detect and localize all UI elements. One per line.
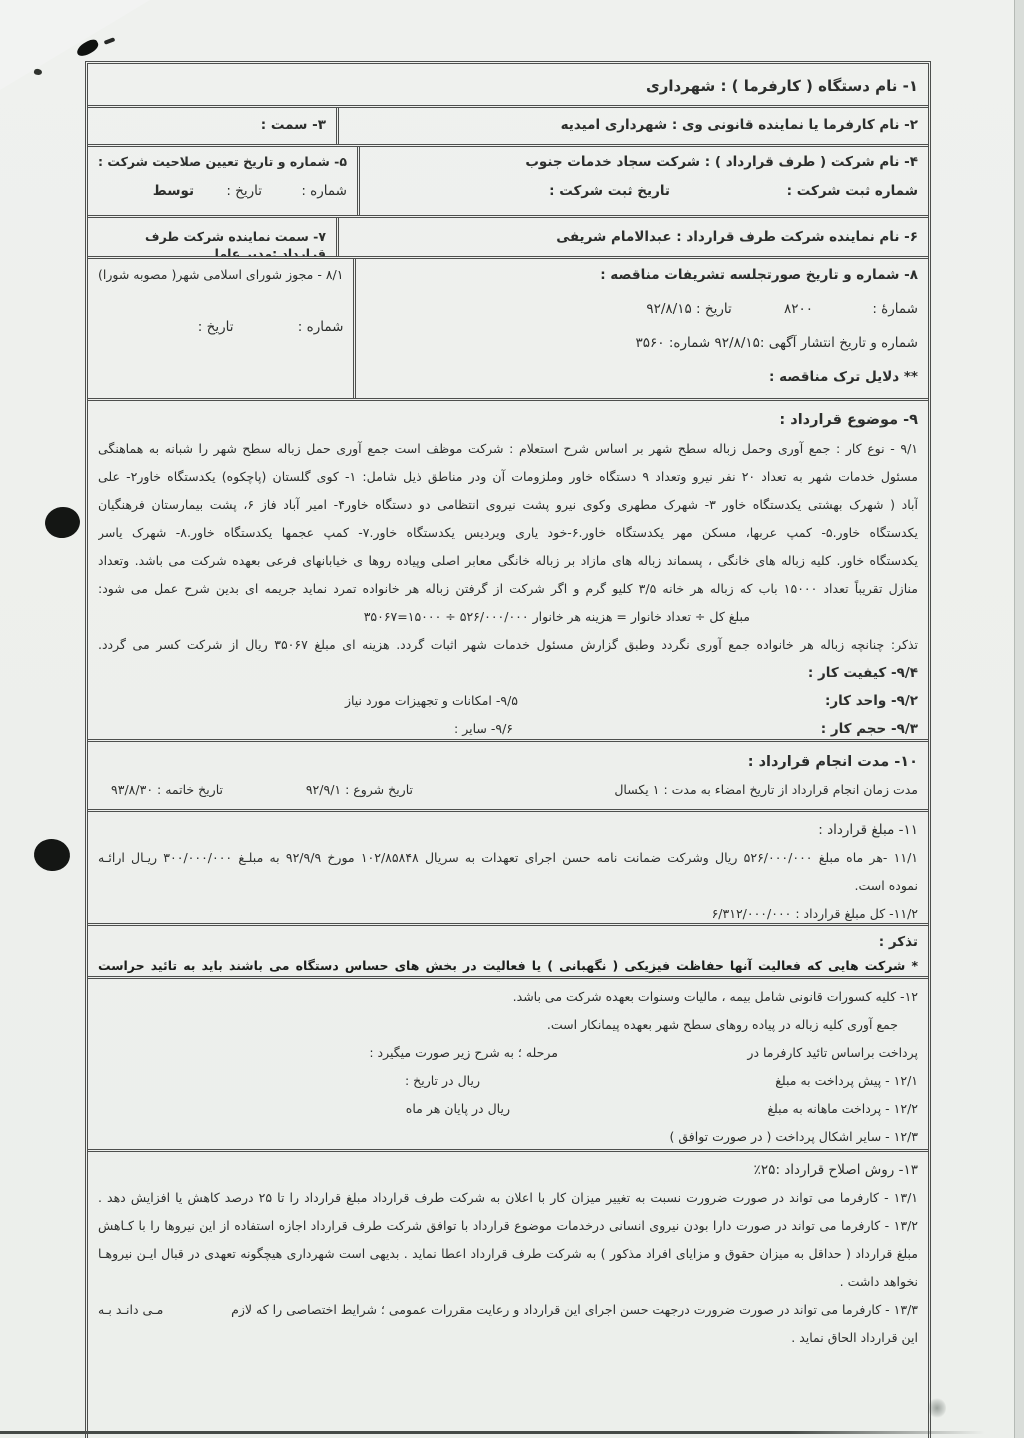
- section-12-deductions: ۱۲- کلیه کسورات قانونی شامل بیمه ، مالیا…: [513, 989, 918, 1004]
- section-11-monthly-amount: ۱۱/۱ -هر ماه مبلغ ۵۲۶/۰۰۰/۰۰۰ ریال وشرکت…: [98, 844, 918, 872]
- section-9-line-3: آباد ( شهرک بهشتی یکدستگاه خاور ۳- شهرک …: [98, 491, 918, 519]
- section-contract-duration: ۱۰- مدت انجام قرارداد : مدت زمان انجام ق…: [88, 742, 928, 812]
- field-qualification-label: ۵- شماره و تاریخ تعیین صلاحیت شرکت :: [98, 154, 347, 169]
- field-qualification-number-label: شماره :: [301, 183, 347, 199]
- row-tender: ۸- شماره و تاریخ صورتجلسه تشریفات مناقصه…: [88, 259, 928, 401]
- field-work-volume-label: ۹/۳- حجم کار :: [821, 721, 918, 737]
- scanned-contract-page: ۱- نام دستگاه ( کارفرما ) : شهرداری ۲- ن…: [0, 0, 1024, 1438]
- section-9-penalty-note: تذکر: چنانچه زباله هر خانواده جمع آوری ن…: [98, 631, 918, 659]
- field-other-label: ۹/۶- سایر :: [454, 715, 513, 742]
- section-13-clause-2: ۱۳/۲ - کارفرما می تواند در صورت دارا بود…: [98, 1212, 918, 1240]
- row-company: ۴- نام شرکت ( طرف قرارداد ) : شرکت سجاد …: [88, 147, 928, 218]
- field-ad-publication: شماره و تاریخ انتشار آگهی :۹۲/۸/۱۵ شماره…: [636, 335, 918, 351]
- field-other-payment-forms: ۱۲/۳ - سایر اشکال پرداخت ( در صورت توافق…: [670, 1129, 919, 1144]
- section-13-clause-3-end: این قرارداد الحاق نماید .: [98, 1324, 918, 1352]
- section-13-clause-2-continuation: مبلغ قرارداد ( حداقل به میزان حقوق و مزا…: [98, 1240, 918, 1268]
- field-council-permit-label: ۸/۱ - مجوز شورای اسلامی شهر( مصوبه شورا): [98, 267, 343, 282]
- section-contract-amount: ۱۱- مبلغ قرارداد : ۱۱/۱ -هر ماه مبلغ ۵۲۶…: [88, 812, 928, 926]
- field-prepayment-date: ریال در تاریخ :: [405, 1067, 480, 1095]
- section-13-clause-3-main: ۱۳/۳ - کارفرما می تواند در صورت ضرورت در…: [231, 1296, 918, 1324]
- cell-representative-position: ۷- سمت نماینده شرکت طرف قرارداد :مدیر عا…: [88, 218, 336, 256]
- field-prepayment-label: ۱۲/۱ - پیش پرداخت به مبلغ: [775, 1073, 918, 1088]
- cell-tender-info: ۸- شماره و تاریخ صورتجلسه تشریفات مناقصه…: [353, 259, 928, 398]
- section-payments: ۱۲- کلیه کسورات قانونی شامل بیمه ، مالیا…: [88, 979, 928, 1152]
- field-employer-name: ۲- نام کارفرما یا نماینده قانونی وی : شه…: [561, 117, 918, 133]
- cell-representative-name: ۶- نام نماینده شرکت طرف قرارداد : عبدالا…: [336, 218, 928, 256]
- hole-punch-top: [43, 505, 82, 541]
- cell-qualification: ۵- شماره و تاریخ تعیین صلاحیت شرکت : شما…: [88, 147, 357, 215]
- field-representative-name: ۶- نام نماینده شرکت طرف قرارداد : عبدالا…: [556, 229, 918, 245]
- section-13-clause-3-tail: مـی دانـد بـه: [98, 1296, 163, 1324]
- hole-punch-bottom: [32, 837, 71, 873]
- section-9-cost-formula: مبلغ کل ÷ تعداد خانوار = هزینه هر خانوار…: [98, 603, 918, 631]
- section-11-line-continuation: نموده است.: [98, 872, 918, 900]
- section-9-line-5: یکدستگاه خاور. کلیه زباله های خانگی ، پس…: [98, 547, 918, 575]
- field-qualification-by-label: توسط: [153, 183, 194, 199]
- field-monthly-payment-when: ریال در پایان هر ماه: [406, 1095, 510, 1123]
- field-tender-minutes-label: ۸- شماره و تاریخ صورتجلسه تشریفات مناقصه…: [600, 267, 918, 283]
- field-monthly-payment-label: ۱۲/۲ - پرداخت ماهانه به مبلغ: [767, 1101, 918, 1116]
- field-tender-number-value: ۸۲۰۰: [784, 301, 813, 317]
- section-contract-subject: ۹- موضوع قرارداد : ۹/۱ - نوع کار : جمع آ…: [88, 401, 928, 742]
- section-11-header: ۱۱- مبلغ قرارداد :: [818, 822, 918, 838]
- field-qualification-date-label: تاریخ :: [226, 183, 262, 199]
- section-9-header: ۹- موضوع قرارداد :: [779, 412, 918, 428]
- row-employer: ۲- نام کارفرما یا نماینده قانونی وی : شه…: [88, 108, 928, 147]
- field-tender-number-label: شمارهٔ :: [872, 301, 918, 317]
- field-payment-stage: مرحله ؛ به شرح زیر صورت میگیرد :: [369, 1039, 558, 1067]
- field-payment-basis: پرداخت براساس تائید کارفرما در: [747, 1045, 918, 1060]
- field-tender-waiver-reasons-label: ** دلایل ترک مناقصه :: [769, 369, 918, 385]
- section-9-line-6: منازل تقریباً تعداد ۱۵۰۰۰ باب که زباله ه…: [98, 575, 918, 603]
- remark-security-clause: * شرکت هایی که فعالیت آنها حفاظت فیزیکی …: [98, 954, 918, 978]
- cell-position: ۳- سمت :: [88, 108, 336, 144]
- section-13-clause-3: ۱۳/۳ - کارفرما می تواند در صورت ضرورت در…: [98, 1296, 918, 1324]
- cell-employer-name: ۲- نام کارفرما یا نماینده قانونی وی : شه…: [336, 108, 928, 144]
- section-13-header: ۱۳- روش اصلاح قرارداد :۲۵٪: [754, 1162, 918, 1178]
- field-council-date-label: تاریخ :: [198, 319, 234, 335]
- field-council-number-label: شماره :: [298, 319, 344, 335]
- remark-header: تذکر :: [879, 934, 918, 950]
- field-company-reg-number-label: شماره ثبت شرکت :: [787, 183, 918, 199]
- field-work-quality-label: ۹/۴- کیفیت کار :: [808, 665, 918, 681]
- section-9-line-1: ۹/۱ - نوع کار : جمع آوری وحمل زباله سطح …: [98, 435, 918, 463]
- row-representative: ۶- نام نماینده شرکت طرف قرارداد : عبدالا…: [88, 218, 928, 259]
- section-13-clause-1: ۱۳/۱ - کارفرما می تواند در صورت ضرورت نس…: [98, 1184, 918, 1212]
- field-work-unit-label: ۹/۲- واحد کار:: [825, 693, 918, 709]
- field-company-reg-date-label: تاریخ ثبت شرکت :: [549, 183, 670, 200]
- section-remark: تذکر : * شرکت هایی که فعالیت آنها حفاظت …: [88, 926, 928, 979]
- field-duration-value: مدت زمان انجام قرارداد از تاریخ امضاء به…: [614, 782, 918, 797]
- field-representative-position: ۷- سمت نماینده شرکت طرف قرارداد :مدیر عا…: [145, 229, 326, 259]
- section-amendment: ۱۳- روش اصلاح قرارداد :۲۵٪ ۱۳/۱ - کارفرم…: [88, 1152, 928, 1438]
- field-position-label: ۳- سمت :: [261, 117, 326, 133]
- field-tender-date-value: تاریخ : ۹۲/۸/۱۵: [646, 301, 731, 317]
- cell-council-permit: ۸/۱ - مجوز شورای اسلامی شهر( مصوبه شورا)…: [88, 259, 353, 398]
- contract-form: ۱- نام دستگاه ( کارفرما ) : شهرداری ۲- ن…: [85, 61, 931, 1438]
- field-company-name: ۴- نام شرکت ( طرف قرارداد ) : شرکت سجاد …: [525, 154, 918, 170]
- cell-company-name: ۴- نام شرکت ( طرف قرارداد ) : شرکت سجاد …: [357, 147, 928, 215]
- section-9-line-2: مسئول خدمات شهر به تعداد ۲۰ نفر نیرو وتع…: [98, 463, 918, 491]
- field-end-date: تاریخ خاتمه : ۹۳/۸/۳۰: [111, 776, 223, 804]
- scan-edge-shadow: [1014, 0, 1024, 1438]
- section-10-header: ۱۰- مدت انجام قرارداد :: [748, 754, 918, 770]
- section-11-total-amount: ۱۱/۲- کل مبلغ قرارداد : ۶/۳۱۲/۰۰۰/۰۰۰: [98, 900, 918, 926]
- row-device-name: ۱- نام دستگاه ( کارفرما ) : شهرداری: [88, 64, 928, 108]
- field-device-name: ۱- نام دستگاه ( کارفرما ) : شهرداری: [646, 77, 918, 95]
- field-start-date: تاریخ شروع : ۹۲/۹/۱: [306, 776, 413, 804]
- field-equipment-label: ۹/۵- امکانات و تجهیزات مورد نیاز: [345, 687, 518, 715]
- section-12-sidewalk-clause: جمع آوری کلیه زباله در پیاده روهای سطح ش…: [547, 1017, 898, 1032]
- section-9-line-4: یکدستگاه خاور.۵- کمپ عربها، مسکن مهر یکد…: [98, 519, 918, 547]
- section-13-clause-2-end: نخواهد داشت .: [98, 1268, 918, 1296]
